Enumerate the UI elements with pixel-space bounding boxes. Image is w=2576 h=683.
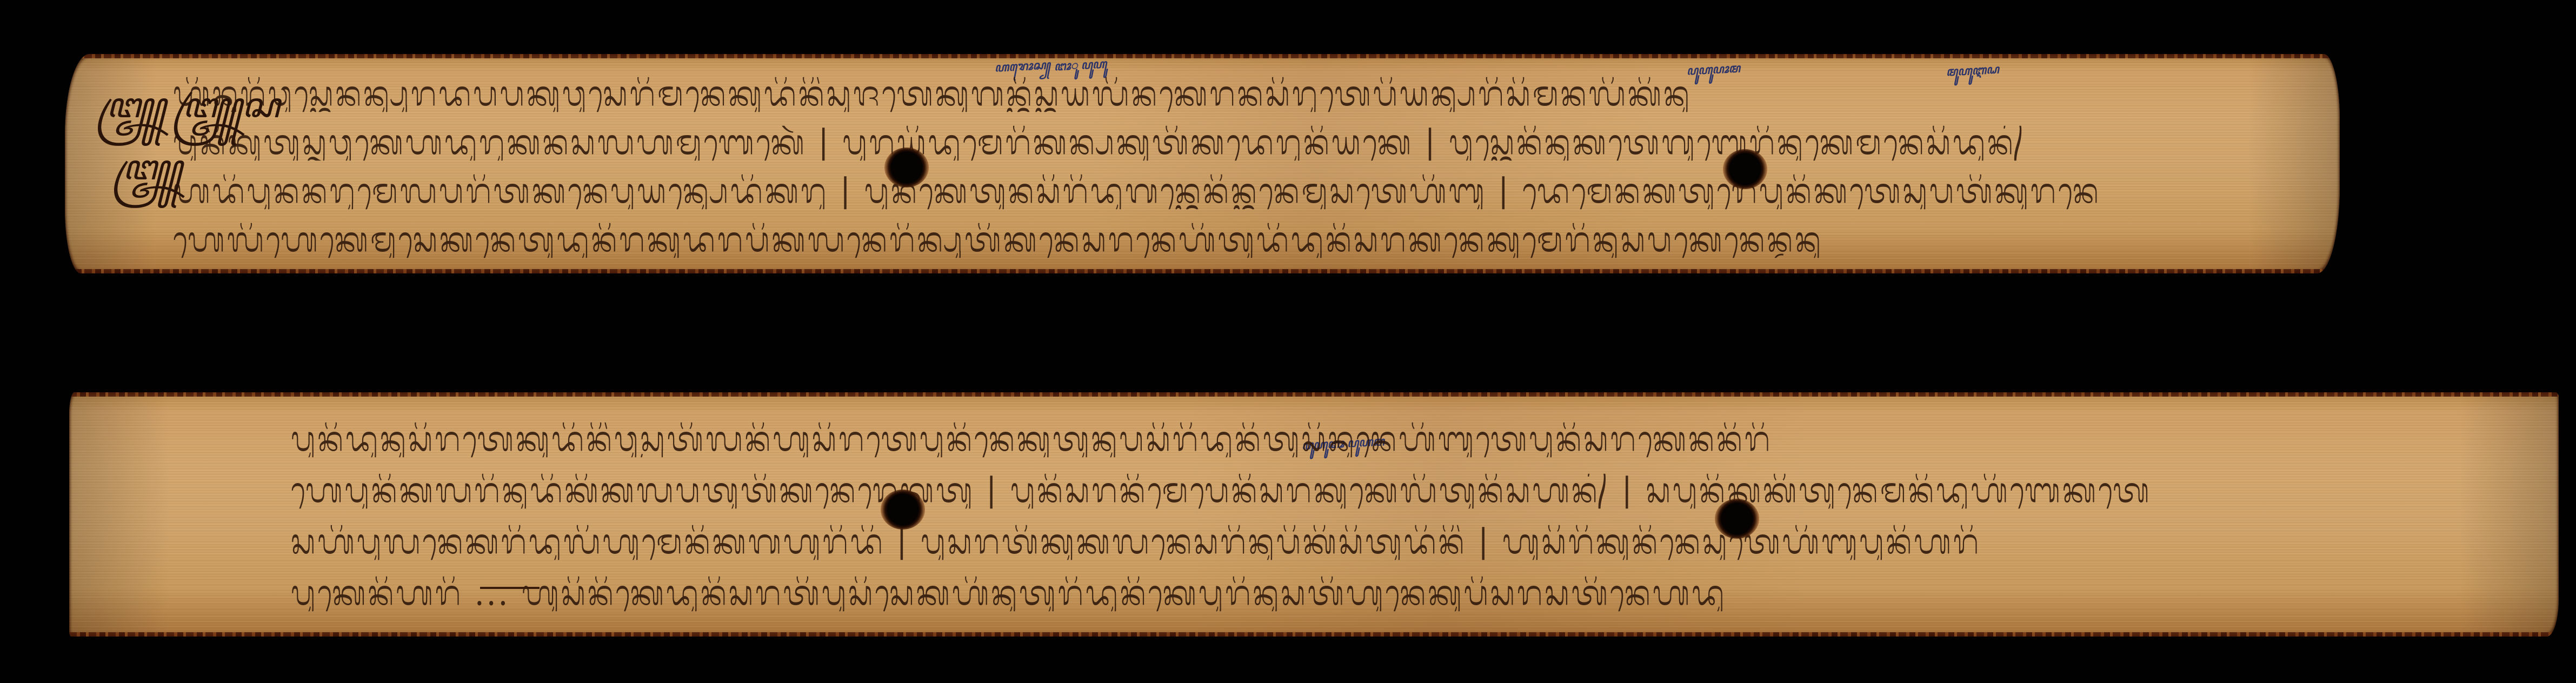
manuscript-line: ᬳᬶᬦᬸᬭᬶᬯᬸᬲ᭄ᬓᬾᬦᬦ᭄ᬲᬸᬭᬤᬧᬧᬓᬸᬯᬸᬲᬾᬭᬶᬫᬦᬾᬓᬸᬤᬶᬦᬶᬂᬲ… <box>173 77 2281 112</box>
leaf-edge-damage <box>65 269 2340 273</box>
string-hole <box>1715 499 1759 539</box>
string-hole <box>1723 149 1767 189</box>
ink-underline <box>480 587 540 589</box>
manuscript-line: ᬳᬤᬶᬧᬸᬦᬦᬭᬸᬫᬾᬮᬧᬭᬶᬢᬓᬦᬾᬧᬸᬬᬦ᭄ᬲᬾᬤᬶᬓᬭᬸ | ᬧᬸᬦᬓᬾᬢ… <box>173 175 2281 209</box>
manuscript-line: ᬳᬾᬧᬸᬦᬶᬓᬮᬭᬶᬦᬸᬤᬶᬓᬶᬓᬮᬧᬢᬸᬢᬶᬓᬦᬾᬭᬾᬓᬢᬸ | ᬧᬸᬦᬶᬲᬭ… <box>291 473 2415 508</box>
manuscript-line: ᬧᬸᬓᬾᬦᬶᬳᬭᬶ ... ᬳᬸᬲᬶᬦᬶᬓᬾᬤᬸᬦᬶᬲᬭᬢᬶᬧᬸᬲᬶᬲᬾᬓᬳᬶᬦ… <box>291 576 2415 611</box>
palm-leaf-bottom: ꦥꦸꦲꦸꦔꦴ ꦥꦸꦲꦩ ᬧᬸᬦᬶᬤᬸᬦᬸᬲᬶᬭᬢᬾᬓᬸᬤᬶᬦᬶᬂᬯᬸᬲ᭄ᬭᬢᬶᬮ… <box>69 392 2559 637</box>
manuscript-line: ᬧᬸᬦᬶᬓᬸᬢᬸᬲ᭄ᬦᬯᬸᬓᬾᬳᬤᬸᬭᬸᬓᬦᬲᬮᬳᬫᬸᬩᬾᬓᬾᬃ | ᬧᬸᬭᬬᬶ… <box>173 126 2281 160</box>
leaf-marker: ꧄ <box>114 140 182 211</box>
leaf-edge-damage <box>69 392 2559 397</box>
string-hole <box>881 490 925 530</box>
palm-leaf-top: ꧄꧅ꦱ ꧄ ꦲꦫꦺꦴꦱ꧀ ꦔꦴꦸ ꦥꦸꦲꦸ ꦥꦸꦲꦸꦥꦴꦩ ꦩꦸꦲꦸꦆꦝ ᬳᬶᬦ… <box>65 54 2340 273</box>
text-block: ᬧᬸᬦᬶᬤᬸᬦᬸᬲᬶᬭᬢᬾᬓᬸᬤᬶᬦᬶᬂᬯᬸᬲ᭄ᬭᬢᬶᬮᬦᬶᬳᬸᬲᬶᬭᬢᬾᬧᬸᬦ… <box>291 414 2415 619</box>
manuscript-line: ᬲᬳᬶᬧᬸᬮᬦᬾᬓᬭᬶᬤᬸᬮᬶᬳᬸᬫᬾᬦᬶᬓᬕᬳᬸᬭᬶᬤᬶ | ᬧᬸᬲᬭᬢᬶᬓᬸ… <box>291 525 2415 559</box>
manuscript-line: ᬳᬾᬮᬶᬳᬾᬓᬾᬫᬸᬲᬾᬓᬦᬾᬢᬸᬤᬸᬦᬶᬭᬓᬸᬤᬭᬧᬶᬓᬮᬦᬾᬭᬶᬦ᭄ᬧᬸᬢᬶ… <box>173 223 2281 258</box>
manuscript-line: ᬧᬸᬦᬶᬤᬸᬦᬸᬲᬶᬭᬢᬾᬓᬸᬤᬶᬦᬶᬂᬯᬸᬲ᭄ᬭᬢᬶᬮᬦᬶᬳᬸᬲᬶᬭᬢᬾᬧᬸᬦ… <box>291 422 2415 457</box>
photo-background: ꧄꧅ꦱ ꧄ ꦲꦫꦺꦴꦱ꧀ ꦔꦴꦸ ꦥꦸꦲꦸ ꦥꦸꦲꦸꦥꦴꦩ ꦩꦸꦲꦸꦆꦝ ᬳᬶᬦ… <box>0 0 2576 683</box>
leaf-edge-damage <box>65 54 2340 58</box>
text-block: ᬳᬶᬦᬸᬭᬶᬯᬸᬲ᭄ᬓᬾᬦᬦ᭄ᬲᬸᬭᬤᬧᬧᬓᬸᬯᬸᬲᬾᬭᬶᬫᬦᬾᬓᬸᬤᬶᬦᬶᬂᬲ… <box>173 70 2281 265</box>
string-hole <box>884 148 929 188</box>
leaf-edge-damage <box>69 632 2559 637</box>
